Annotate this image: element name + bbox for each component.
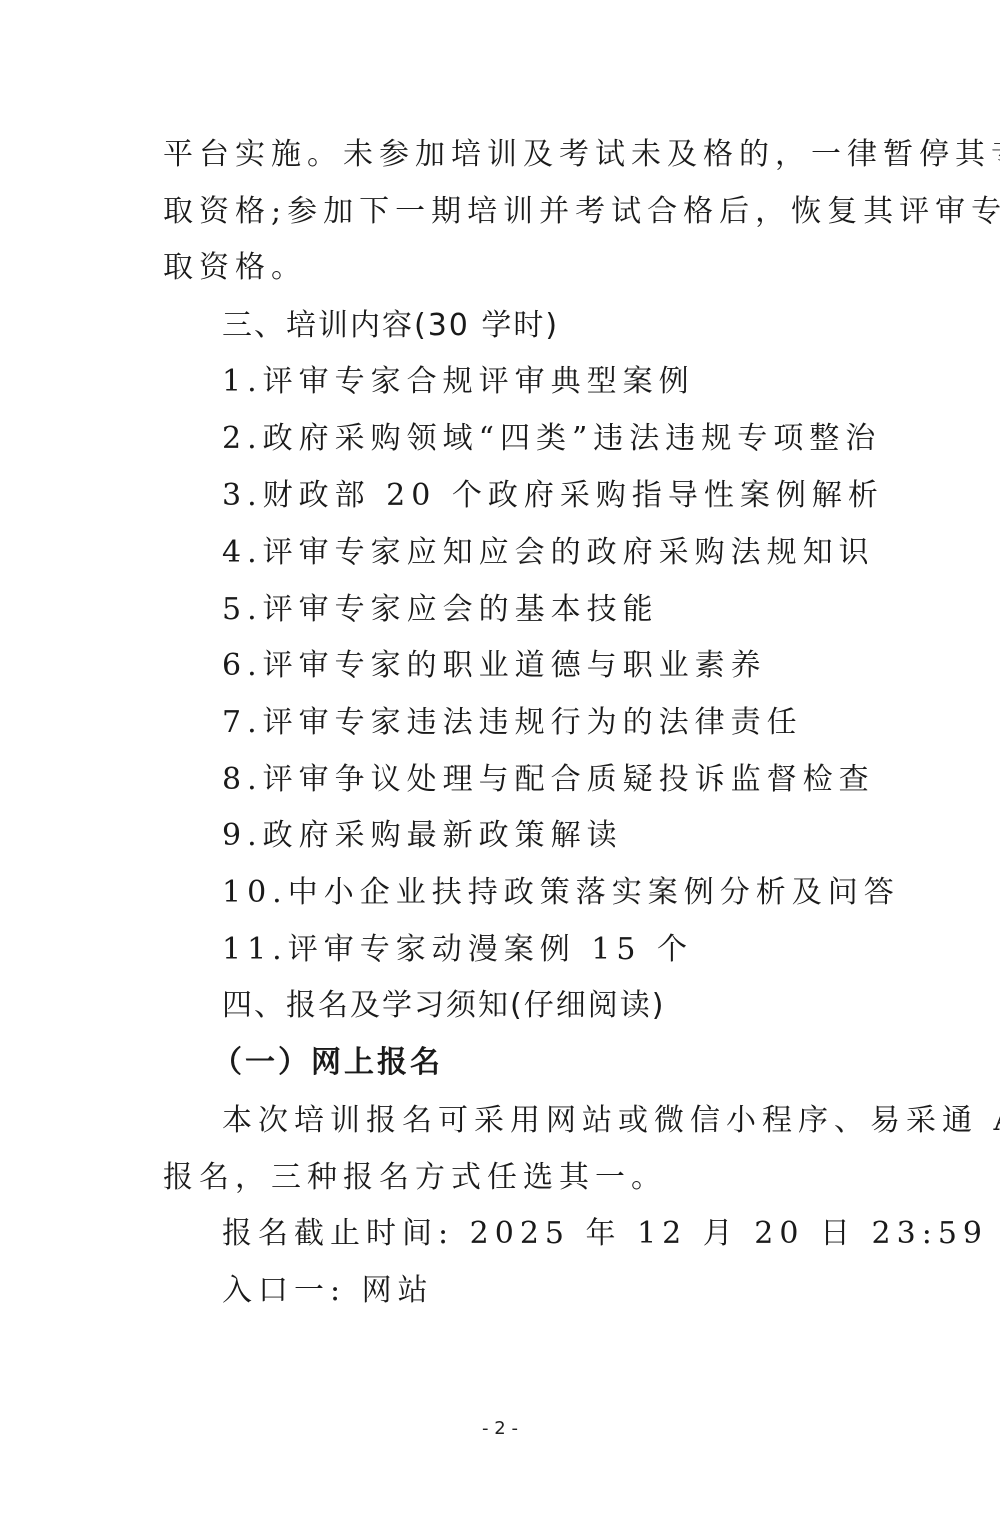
list-item: 4.评审专家应知应会的政府采购法规知识 xyxy=(222,533,982,573)
list-item: 11.评审专家动漫案例 15 个 xyxy=(222,930,982,970)
page-number: - 2 - xyxy=(0,1418,1000,1440)
entry-one-website: 入口一: 网站 xyxy=(222,1271,982,1311)
paragraph-line: 报名，三种报名方式任选其一。 xyxy=(163,1158,923,1198)
list-item: 9.政府采购最新政策解读 xyxy=(222,816,982,856)
list-item: 8.评审争议处理与配合质疑投诉监督检查 xyxy=(222,760,982,800)
section-heading-registration: 四、报名及学习须知(仔细阅读) xyxy=(222,986,982,1026)
paragraph-line: 取资格。 xyxy=(163,248,923,288)
list-item: 6.评审专家的职业道德与职业素养 xyxy=(222,646,982,686)
section-heading-training-content: 三、培训内容(30 学时) xyxy=(222,306,982,346)
paragraph-line: 取资格;参加下一期培训并考试合格后，恢复其评审专家抽 xyxy=(163,192,923,232)
subsection-heading-online-registration: （一）网上报名 xyxy=(212,1043,972,1083)
list-item: 5.评审专家应会的基本技能 xyxy=(222,590,982,630)
document-page: 平台实施。未参加培训及考试未及格的，一律暂停其专家抽 取资格;参加下一期培训并考… xyxy=(0,0,1000,1515)
paragraph-line: 本次培训报名可采用网站或微信小程序、易采通 App xyxy=(222,1101,982,1141)
list-item: 3.财政部 20 个政府采购指导性案例解析 xyxy=(222,476,982,516)
list-item: 7.评审专家违法违规行为的法律责任 xyxy=(222,703,982,743)
list-item: 2.政府采购领域“四类”违法违规专项整治 xyxy=(222,419,982,459)
paragraph-line: 平台实施。未参加培训及考试未及格的，一律暂停其专家抽 xyxy=(163,135,923,175)
list-item: 10.中小企业扶持政策落实案例分析及问答 xyxy=(222,873,982,913)
registration-deadline: 报名截止时间: 2025 年 12 月 20 日 23:59 xyxy=(222,1214,982,1254)
list-item: 1.评审专家合规评审典型案例 xyxy=(222,362,982,402)
